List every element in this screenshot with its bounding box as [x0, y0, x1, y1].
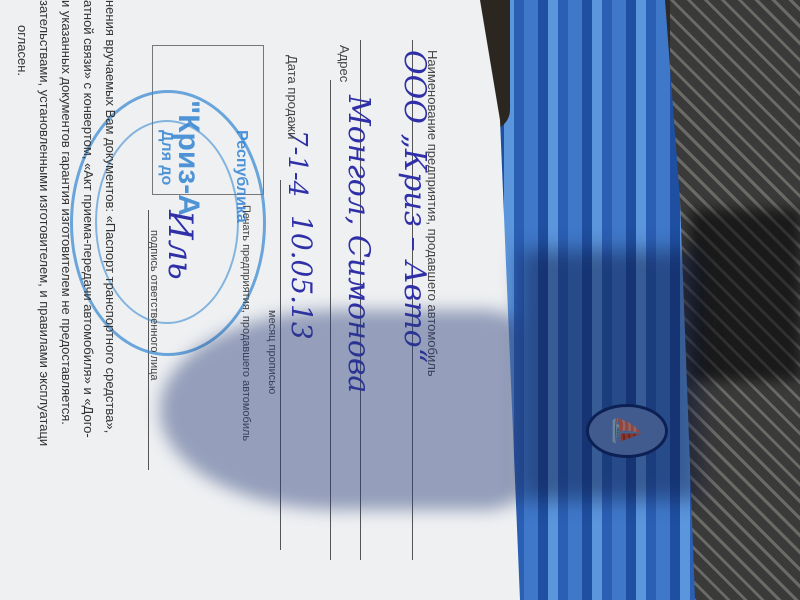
body-line-5: огласен.	[15, 25, 30, 76]
signature-label: подпись ответственного лица	[148, 230, 160, 381]
body-line-3: и указанных документов гарантия изготови…	[59, 0, 74, 425]
hand-shadow	[160, 310, 520, 510]
address-label: Адрес	[337, 45, 352, 82]
body-line-1: нения вручаемых Вам документов: «Паспорт…	[103, 0, 118, 433]
seat-shadow	[690, 210, 800, 380]
signature: Иль	[160, 210, 200, 280]
sale-date-label: Дата продажи	[285, 55, 300, 139]
stamp-text: "Криз-А	[171, 100, 205, 216]
address-value-2: 7-1-4	[282, 130, 312, 197]
stamp-for-text: Для до	[157, 130, 175, 185]
hand-shadow-2	[520, 250, 700, 500]
body-line-2: атной связи» с конвертом, «Акт приема-пе…	[81, 0, 96, 438]
body-line-4: зательствами, установленными изготовител…	[37, 0, 52, 446]
